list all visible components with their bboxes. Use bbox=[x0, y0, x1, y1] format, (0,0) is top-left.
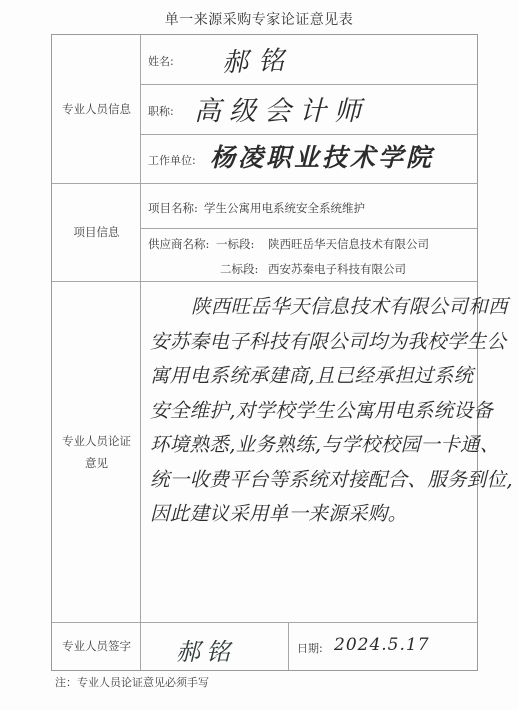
opinion-line: 寓用电系统承建商,且已经承担过系统 bbox=[150, 359, 475, 394]
supplier-lot-1-label: 一标段: bbox=[216, 236, 254, 252]
footnote: 注：专业人员论证意见必须手写 bbox=[55, 674, 209, 690]
name-label: 姓名: bbox=[148, 53, 174, 69]
opinion-line: 环境熟悉,业务熟练,与学校校园一卡通、 bbox=[150, 428, 475, 463]
handwritten-date: 2024.5.17 bbox=[334, 635, 430, 655]
handwritten-signature: 郝铭 bbox=[176, 632, 236, 667]
project-info-section-label: 项目信息 bbox=[52, 183, 141, 281]
title-handwritten-value: 高级会计师 bbox=[194, 89, 369, 128]
supplier-lot-1-name: 陕西旺岳华天信息技术有限公司 bbox=[268, 236, 429, 252]
row-divider-name bbox=[140, 84, 478, 85]
handwritten-opinion-text: 陕西旺岳华天信息技术有限公司和西 安苏秦电子科技有限公司均为我校学生公 寓用电系… bbox=[150, 290, 475, 532]
signature-section-label: 专业人员签字 bbox=[52, 622, 141, 670]
opinion-line: 陕西旺岳华天信息技术有限公司和西 bbox=[150, 290, 475, 325]
organization-handwritten-value: 杨凌职业技术学院 bbox=[210, 138, 434, 174]
supplier-lot-2-name: 西安苏秦电子科技有限公司 bbox=[268, 261, 406, 277]
document-title: 单一来源采购专家论证意见表 bbox=[0, 9, 518, 29]
expert-info-section-label: 专业人员信息 bbox=[52, 35, 141, 183]
project-name-value: 学生公寓用电系统安全系统维护 bbox=[204, 200, 365, 216]
opinion-line: 因此建议采用单一来源采购。 bbox=[150, 497, 475, 532]
opinion-line: 安全维护,对学校学生公寓用电系统设备 bbox=[150, 394, 475, 429]
title-label: 职称: bbox=[148, 103, 174, 119]
name-handwritten-value: 郝铭 bbox=[221, 40, 294, 79]
supplier-label: 供应商名称: bbox=[148, 236, 209, 252]
document-page: 单一来源采购专家论证意见表 专业人员信息 姓名: 郝铭 职称: 高级会计师 工作… bbox=[0, 0, 518, 710]
supplier-lot-2-label: 二标段: bbox=[220, 261, 258, 277]
row-divider-project-name bbox=[140, 228, 478, 229]
date-column-divider bbox=[288, 622, 289, 670]
date-label: 日期: bbox=[297, 640, 323, 656]
opinion-line: 安苏秦电子科技有限公司均为我校学生公 bbox=[150, 325, 475, 360]
project-name-label: 项目名称: bbox=[148, 200, 198, 216]
opinion-line: 统一收费平台等系统对接配合、服务到位, bbox=[150, 463, 475, 498]
opinion-section-label: 专业人员论证 意见 bbox=[52, 281, 141, 622]
expert-opinion-form: 专业人员信息 姓名: 郝铭 职称: 高级会计师 工作单位: 杨凌职业技术学院 项… bbox=[51, 34, 478, 671]
row-divider-title bbox=[140, 134, 478, 135]
organization-label: 工作单位: bbox=[148, 152, 196, 168]
